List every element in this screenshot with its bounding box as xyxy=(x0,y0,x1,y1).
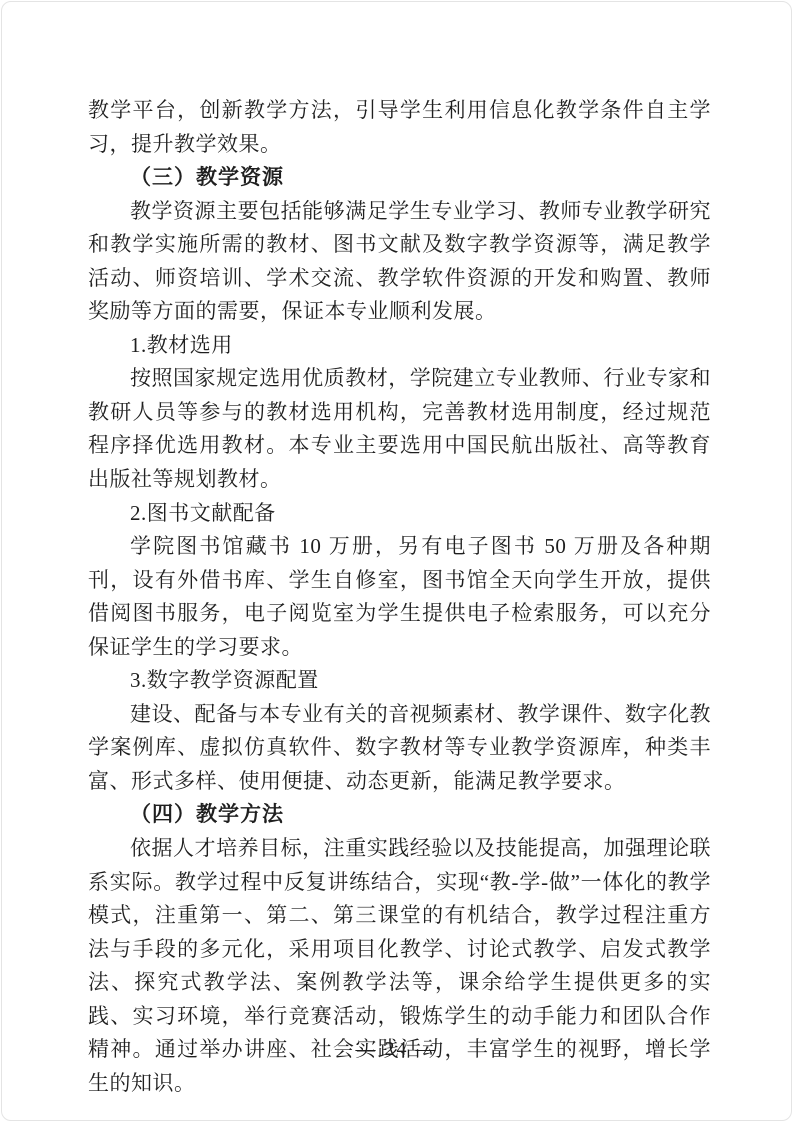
paragraph-textbook-selection: 按照国家规定选用优质教材，学院建立专业教师、行业专家和教研人员等参与的教材选用机… xyxy=(88,362,711,496)
document-page: 教学平台，创新教学方法，引导学生利用信息化教学条件自主学习，提升教学效果。 （三… xyxy=(0,0,793,1122)
section-heading-teaching-resources: （三）教学资源 xyxy=(88,161,711,195)
paragraph-digital-resources: 建设、配备与本专业有关的音视频素材、教学课件、数字化教学案例库、虚拟仿真软件、数… xyxy=(88,698,711,799)
paragraph-library-literature: 学院图书馆藏书 10 万册，另有电子图书 50 万册及各种期刊，设有外借书库、学… xyxy=(88,530,711,664)
paragraph-continuation: 教学平台，创新教学方法，引导学生利用信息化教学条件自主学习，提升教学效果。 xyxy=(88,94,711,161)
page-content: 教学平台，创新教学方法，引导学生利用信息化教学条件自主学习，提升教学效果。 （三… xyxy=(88,94,711,1100)
subheading-digital-resources: 3.数字教学资源配置 xyxy=(88,664,711,698)
subheading-library-literature: 2.图书文献配备 xyxy=(88,497,711,531)
section-heading-teaching-methods: （四）教学方法 xyxy=(88,798,711,832)
paragraph-teaching-resources-overview: 教学资源主要包括能够满足学生专业学习、教师专业教学研究和教学实施所需的教材、图书… xyxy=(88,195,711,329)
subheading-textbook-selection: 1.教材选用 xyxy=(88,329,711,363)
page-number: — 24 — xyxy=(0,1038,793,1061)
